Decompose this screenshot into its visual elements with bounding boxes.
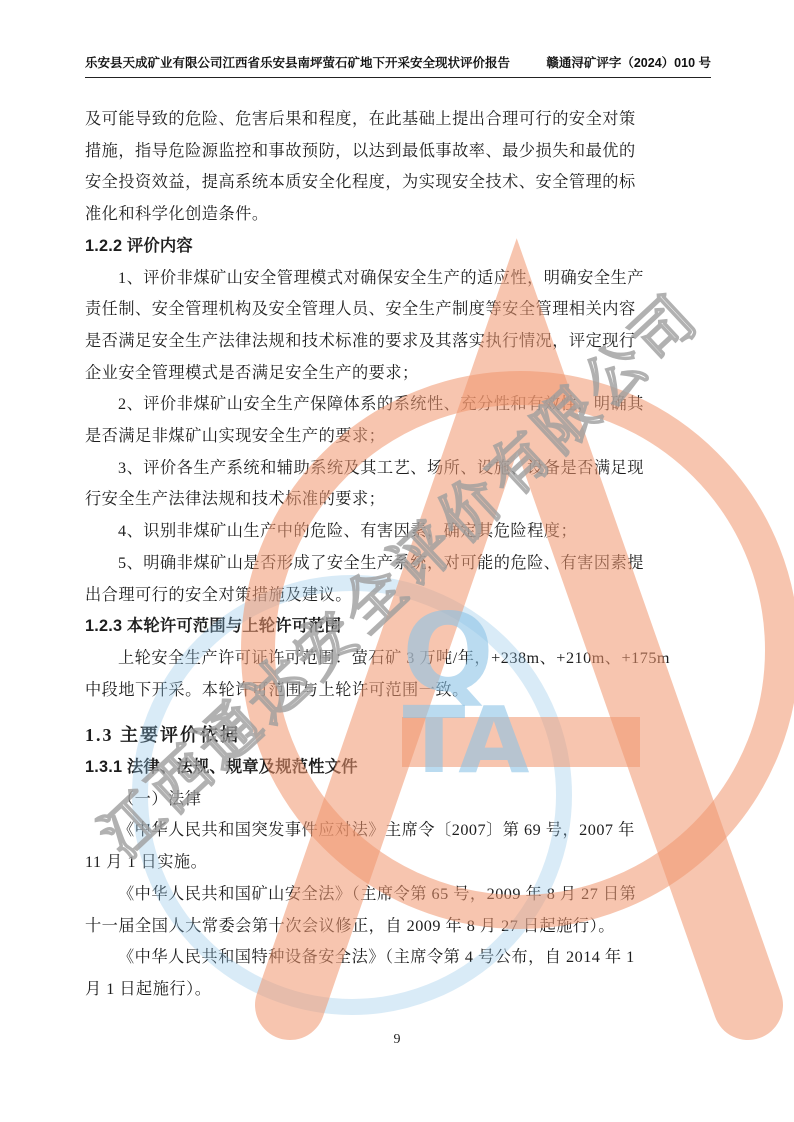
paragraph-line: 5、明确非煤矿山是否形成了安全生产系统，对可能的危险、有害因素提 (85, 548, 715, 580)
heading-1-2-3: 1.2.3 本轮许可范围与上轮许可范围 (85, 611, 715, 643)
paragraph-line: 《中华人民共和国矿山安全法》（主席令第 65 号，2009 年 8 月 27 日… (85, 879, 715, 911)
heading-1-2-2: 1.2.2 评价内容 (85, 231, 715, 263)
document-page: 乐安县天成矿业有限公司江西省乐安县南坪萤石矿地下开采安全现状评价报告 赣通浔矿评… (0, 0, 794, 1122)
paragraph-line: 11 月 1 日实施。 (85, 847, 715, 879)
paragraph-line: 责任制、安全管理机构及安全管理人员、安全生产制度等安全管理相关内容 (85, 294, 715, 326)
paragraph-line: 措施，指导危险源监控和事故预防，以达到最低事故率、最少损失和最优的 (85, 136, 715, 168)
header-divider (85, 77, 711, 78)
paragraph-line: 3、评价各生产系统和辅助系统及其工艺、场所、设施、设备是否满足现 (85, 453, 715, 485)
paragraph-line: 安全投资效益，提高系统本质安全化程度，为实现安全技术、安全管理的标 (85, 167, 715, 199)
paragraph-line: 月 1 日起施行）。 (85, 974, 715, 1006)
header-report-title: 乐安县天成矿业有限公司江西省乐安县南坪萤石矿地下开采安全现状评价报告 (85, 53, 510, 71)
paragraph-line: 是否满足安全生产法律法规和技术标准的要求及其落实执行情况，评定现行 (85, 326, 715, 358)
heading-1-3: 1.3 主要评价依据 (85, 720, 715, 752)
paragraph-line: 4、识别非煤矿山生产中的危险、有害因素，确定其危险程度； (85, 516, 715, 548)
page-header: 乐安县天成矿业有限公司江西省乐安县南坪萤石矿地下开采安全现状评价报告 赣通浔矿评… (85, 53, 711, 71)
paragraph-line: 上轮安全生产许可证许可范围：萤石矿 3 万吨/年，+238m、+210m、+17… (85, 643, 715, 675)
heading-1-3-1: 1.3.1 法律、法规、规章及规范性文件 (85, 752, 715, 784)
page-number: 9 (0, 1032, 794, 1048)
header-doc-number: 赣通浔矿评字（2024）010 号 (546, 53, 711, 71)
paragraph-line: 中段地下开采。本轮许可范围与上轮许可范围一致。 (85, 675, 715, 707)
paragraph-line: 准化和科学化创造条件。 (85, 199, 715, 231)
paragraph-line: 出合理可行的安全对策措施及建议。 (85, 580, 715, 612)
paragraph-line: 《中华人民共和国特种设备安全法》（主席令第 4 号公布，自 2014 年 1 (85, 942, 715, 974)
paragraph-line: 2、评价非煤矿山安全生产保障体系的系统性、充分性和有效性，明确其 (85, 389, 715, 421)
paragraph-line: 及可能导致的危险、危害后果和程度，在此基础上提出合理可行的安全对策 (85, 104, 715, 136)
paragraph-line: 《中华人民共和国突发事件应对法》主席令〔2007〕第 69 号，2007 年 (85, 815, 715, 847)
paragraph-line: 1、评价非煤矿山安全管理模式对确保安全生产的适应性，明确安全生产 (85, 263, 715, 295)
paragraph-line: （一）法律 (85, 784, 715, 816)
paragraph-line: 十一届全国人大常委会第十次会议修正，自 2009 年 8 月 27 日起施行）。 (85, 911, 715, 943)
paragraph-line: 行安全生产法律法规和技术标准的要求； (85, 484, 715, 516)
paragraph-line: 企业安全管理模式是否满足安全生产的要求； (85, 358, 715, 390)
document-body: 及可能导致的危险、危害后果和程度，在此基础上提出合理可行的安全对策 措施，指导危… (85, 104, 715, 1006)
paragraph-line: 是否满足非煤矿山实现安全生产的要求； (85, 421, 715, 453)
